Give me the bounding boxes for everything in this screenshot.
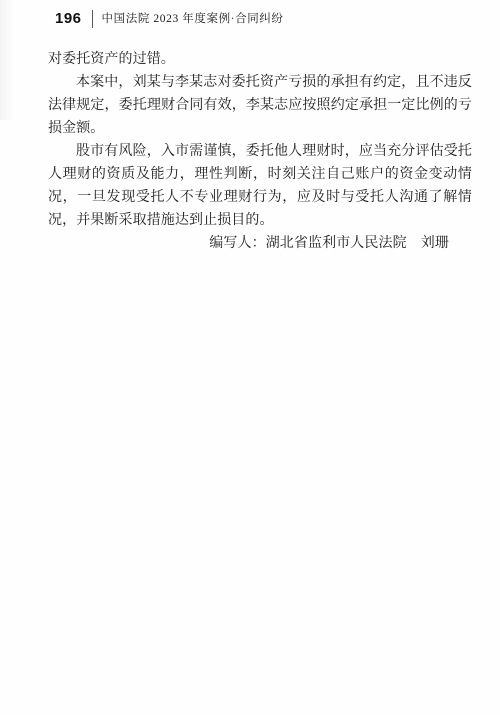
page-header: 196 中国法院 2023 年度案例·合同纠纷 — [55, 9, 284, 29]
case-commentary: 对委托资产的过错。 本案中，刘某与李某志对委托资产亏损的承担有约定，且不违反法律… — [48, 48, 472, 255]
page-number: 196 — [55, 9, 82, 29]
body-paragraph: 本案中，刘某与李某志对委托资产亏损的承担有约定，且不违反法律规定，委托理财合同有… — [48, 71, 472, 140]
book-page: 196 中国法院 2023 年度案例·合同纠纷 对委托资产的过错。 本案中，刘某… — [0, 0, 500, 715]
header-divider — [92, 10, 93, 28]
body-paragraph-continuation: 对委托资产的过错。 — [48, 48, 472, 71]
attribution-line: 编写人：湖北省监利市人民法院 刘珊 — [48, 232, 472, 255]
body-paragraph: 股市有风险，入市需谨慎，委托他人理财时，应当充分评估受托人理财的资质及能力，理性… — [48, 140, 472, 232]
header-title: 中国法院 2023 年度案例·合同纠纷 — [102, 9, 284, 29]
